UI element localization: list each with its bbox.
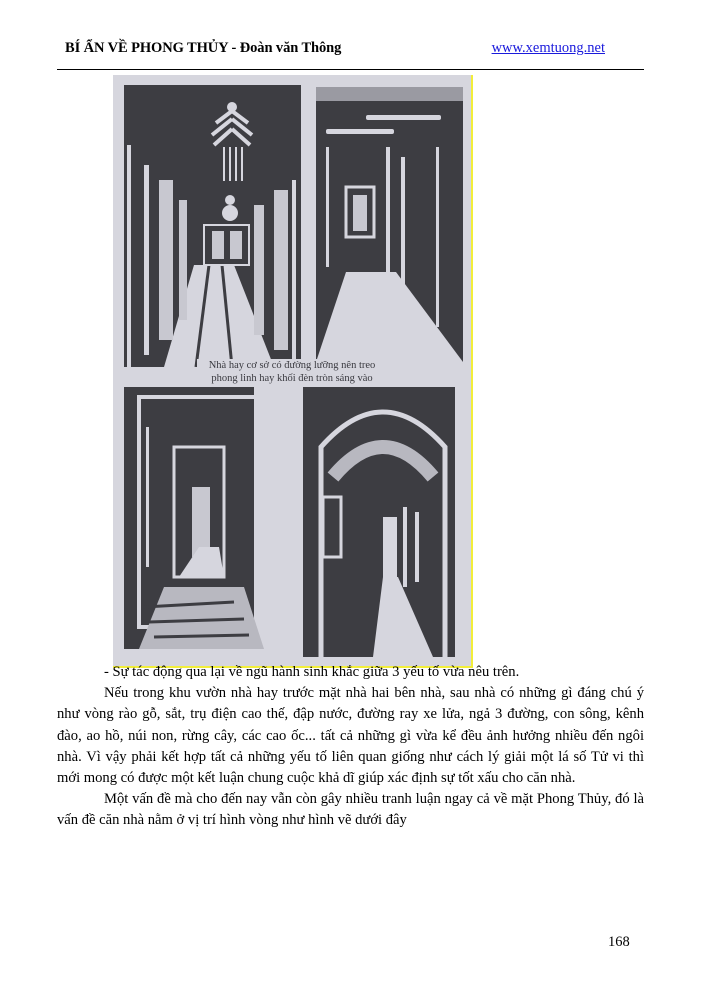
book-title: BÍ ẨN VỀ PHONG THỦY - Đoàn văn Thông	[65, 40, 341, 57]
corridor-illustration: Nhà hay cơ sở có đường lưỡng nên treo ph…	[113, 75, 473, 668]
page-header: BÍ ẨN VỀ PHONG THỦY - Đoàn văn Thông www…	[57, 38, 643, 62]
corridor-wind-chime-drawing	[124, 85, 301, 367]
figure-caption: Nhà hay cơ sở có đường lưỡng nên treo ph…	[113, 359, 471, 385]
panel-corridor-wind-chime	[124, 85, 301, 367]
header-divider	[57, 69, 644, 70]
paragraph-surroundings: Nếu trong khu vườn nhà hay trước mặt nhà…	[57, 683, 644, 789]
doorway-corridor-drawing	[124, 387, 290, 649]
panel-arched-corridor	[303, 387, 465, 657]
panel-long-corridor	[316, 87, 463, 362]
page-number: 168	[608, 934, 630, 951]
long-corridor-drawing	[316, 87, 463, 362]
panel-doorway-corridor	[124, 387, 290, 649]
arched-corridor-drawing	[303, 387, 465, 657]
website-link[interactable]: www.xemtuong.net	[492, 40, 605, 57]
body-text: - Sự tác động qua lại về ngũ hành sinh k…	[57, 662, 644, 832]
figure-caption-line-2: phong linh hay khối đèn tròn sáng vào	[197, 372, 387, 385]
figure-caption-line-1: Nhà hay cơ sở có đường lưỡng nên treo	[197, 359, 387, 372]
paragraph-five-elements: - Sự tác động qua lại về ngũ hành sinh k…	[57, 662, 644, 683]
paragraph-circular-position: Một vấn đề mà cho đến nay vẫn còn gây nh…	[57, 789, 644, 831]
